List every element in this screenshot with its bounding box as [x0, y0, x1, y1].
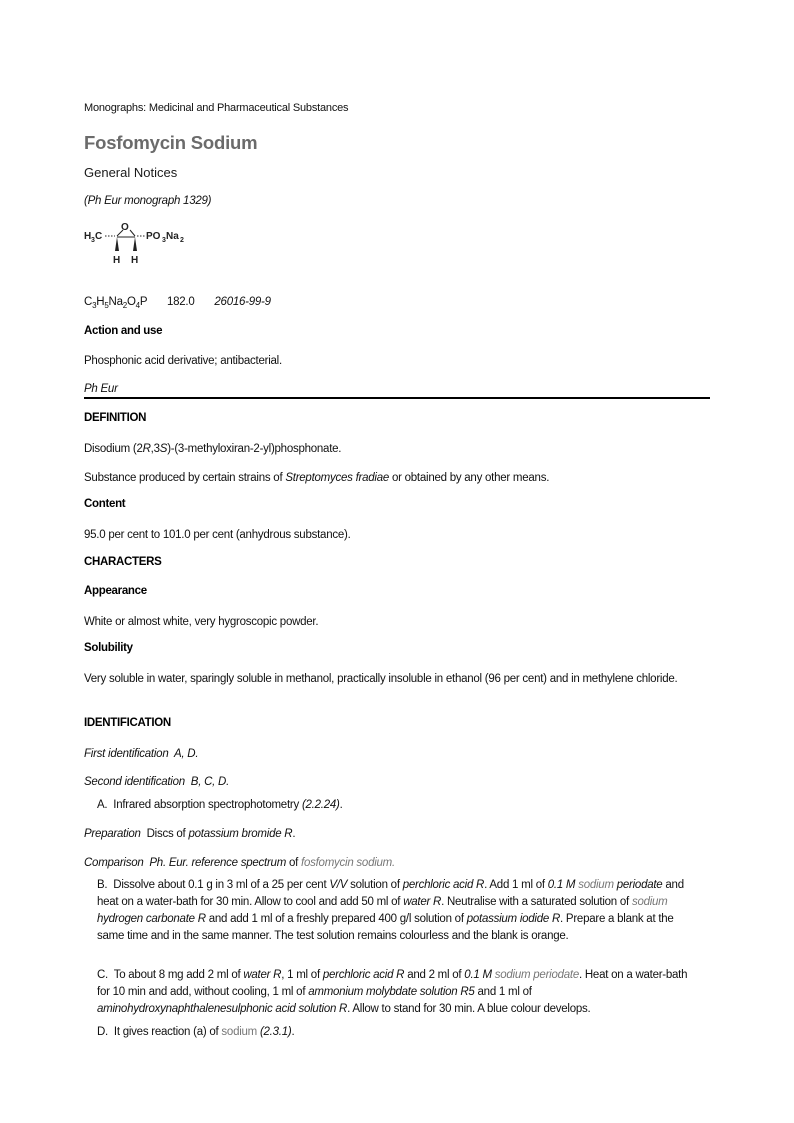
- page-title: Fosfomycin Sodium: [84, 132, 257, 154]
- svg-text:Na: Na: [166, 231, 179, 242]
- second-identification: Second identification B, C, D.: [84, 774, 229, 791]
- formula-line: C3H5Na2O4P 182.0 26016-99-9: [84, 294, 271, 311]
- action-and-use-text: Phosphonic acid derivative; antibacteria…: [84, 353, 282, 370]
- appearance-text: White or almost white, very hygroscopic …: [84, 614, 318, 631]
- svg-text:H: H: [113, 255, 120, 266]
- identification-item-c: C. To about 8 mg add 2 ml of water R, 1 …: [84, 967, 697, 1018]
- svg-text:H: H: [131, 255, 138, 266]
- comparison-line: Comparison Ph. Eur. reference spectrum o…: [84, 855, 395, 872]
- chemical-name: Disodium (2R,3S)-(3-methyloxiran-2-yl)ph…: [84, 441, 341, 458]
- solubility-heading: Solubility: [84, 642, 133, 654]
- section-divider: [84, 397, 710, 399]
- first-identification: First identification A, D.: [84, 746, 198, 763]
- method-reference[interactable]: (2.2.24): [302, 799, 340, 811]
- identification-item-d: D. It gives reaction (a) of sodium (2.3.…: [84, 1024, 294, 1041]
- definition-heading: DEFINITION: [84, 412, 146, 424]
- monograph-reference: (Ph Eur monograph 1329): [84, 193, 211, 210]
- molecular-formula: C3H5Na2O4P: [84, 296, 147, 308]
- general-notices-link[interactable]: General Notices: [84, 165, 177, 180]
- identification-item-b: B. Dissolve about 0.1 g in 3 ml of a 25 …: [84, 877, 697, 945]
- ph-eur-label: Ph Eur: [84, 381, 118, 398]
- sodium-link[interactable]: sodium: [221, 1026, 257, 1038]
- method-reference[interactable]: (2.3.1): [260, 1026, 292, 1038]
- content-text: 95.0 per cent to 101.0 per cent (anhydro…: [84, 527, 351, 544]
- breadcrumb: Monographs: Medicinal and Pharmaceutical…: [84, 102, 348, 114]
- content-heading: Content: [84, 498, 125, 510]
- preparation-line: Preparation Discs of potassium bromide R…: [84, 826, 295, 843]
- molecular-weight: 182.0: [167, 296, 195, 308]
- identification-item-a: A. Infrared absorption spectrophotometry…: [84, 797, 343, 814]
- action-and-use-heading: Action and use: [84, 325, 162, 337]
- fosfomycin-sodium-link[interactable]: fosfomycin sodium: [301, 857, 392, 869]
- chemical-structure-image: H 3 C O PO 3 Na 2 H H: [84, 218, 194, 268]
- source-text: Substance produced by certain strains of…: [84, 470, 549, 487]
- identification-heading: IDENTIFICATION: [84, 717, 171, 729]
- svg-text:PO: PO: [146, 231, 161, 242]
- characters-heading: CHARACTERS: [84, 556, 162, 568]
- appearance-heading: Appearance: [84, 585, 147, 597]
- svg-text:2: 2: [180, 237, 184, 244]
- solubility-text: Very soluble in water, sparingly soluble…: [84, 671, 710, 688]
- sodium-periodate-link[interactable]: sodium periodate: [492, 969, 579, 981]
- cas-number: 26016-99-9: [214, 296, 270, 308]
- svg-text:C: C: [95, 231, 102, 242]
